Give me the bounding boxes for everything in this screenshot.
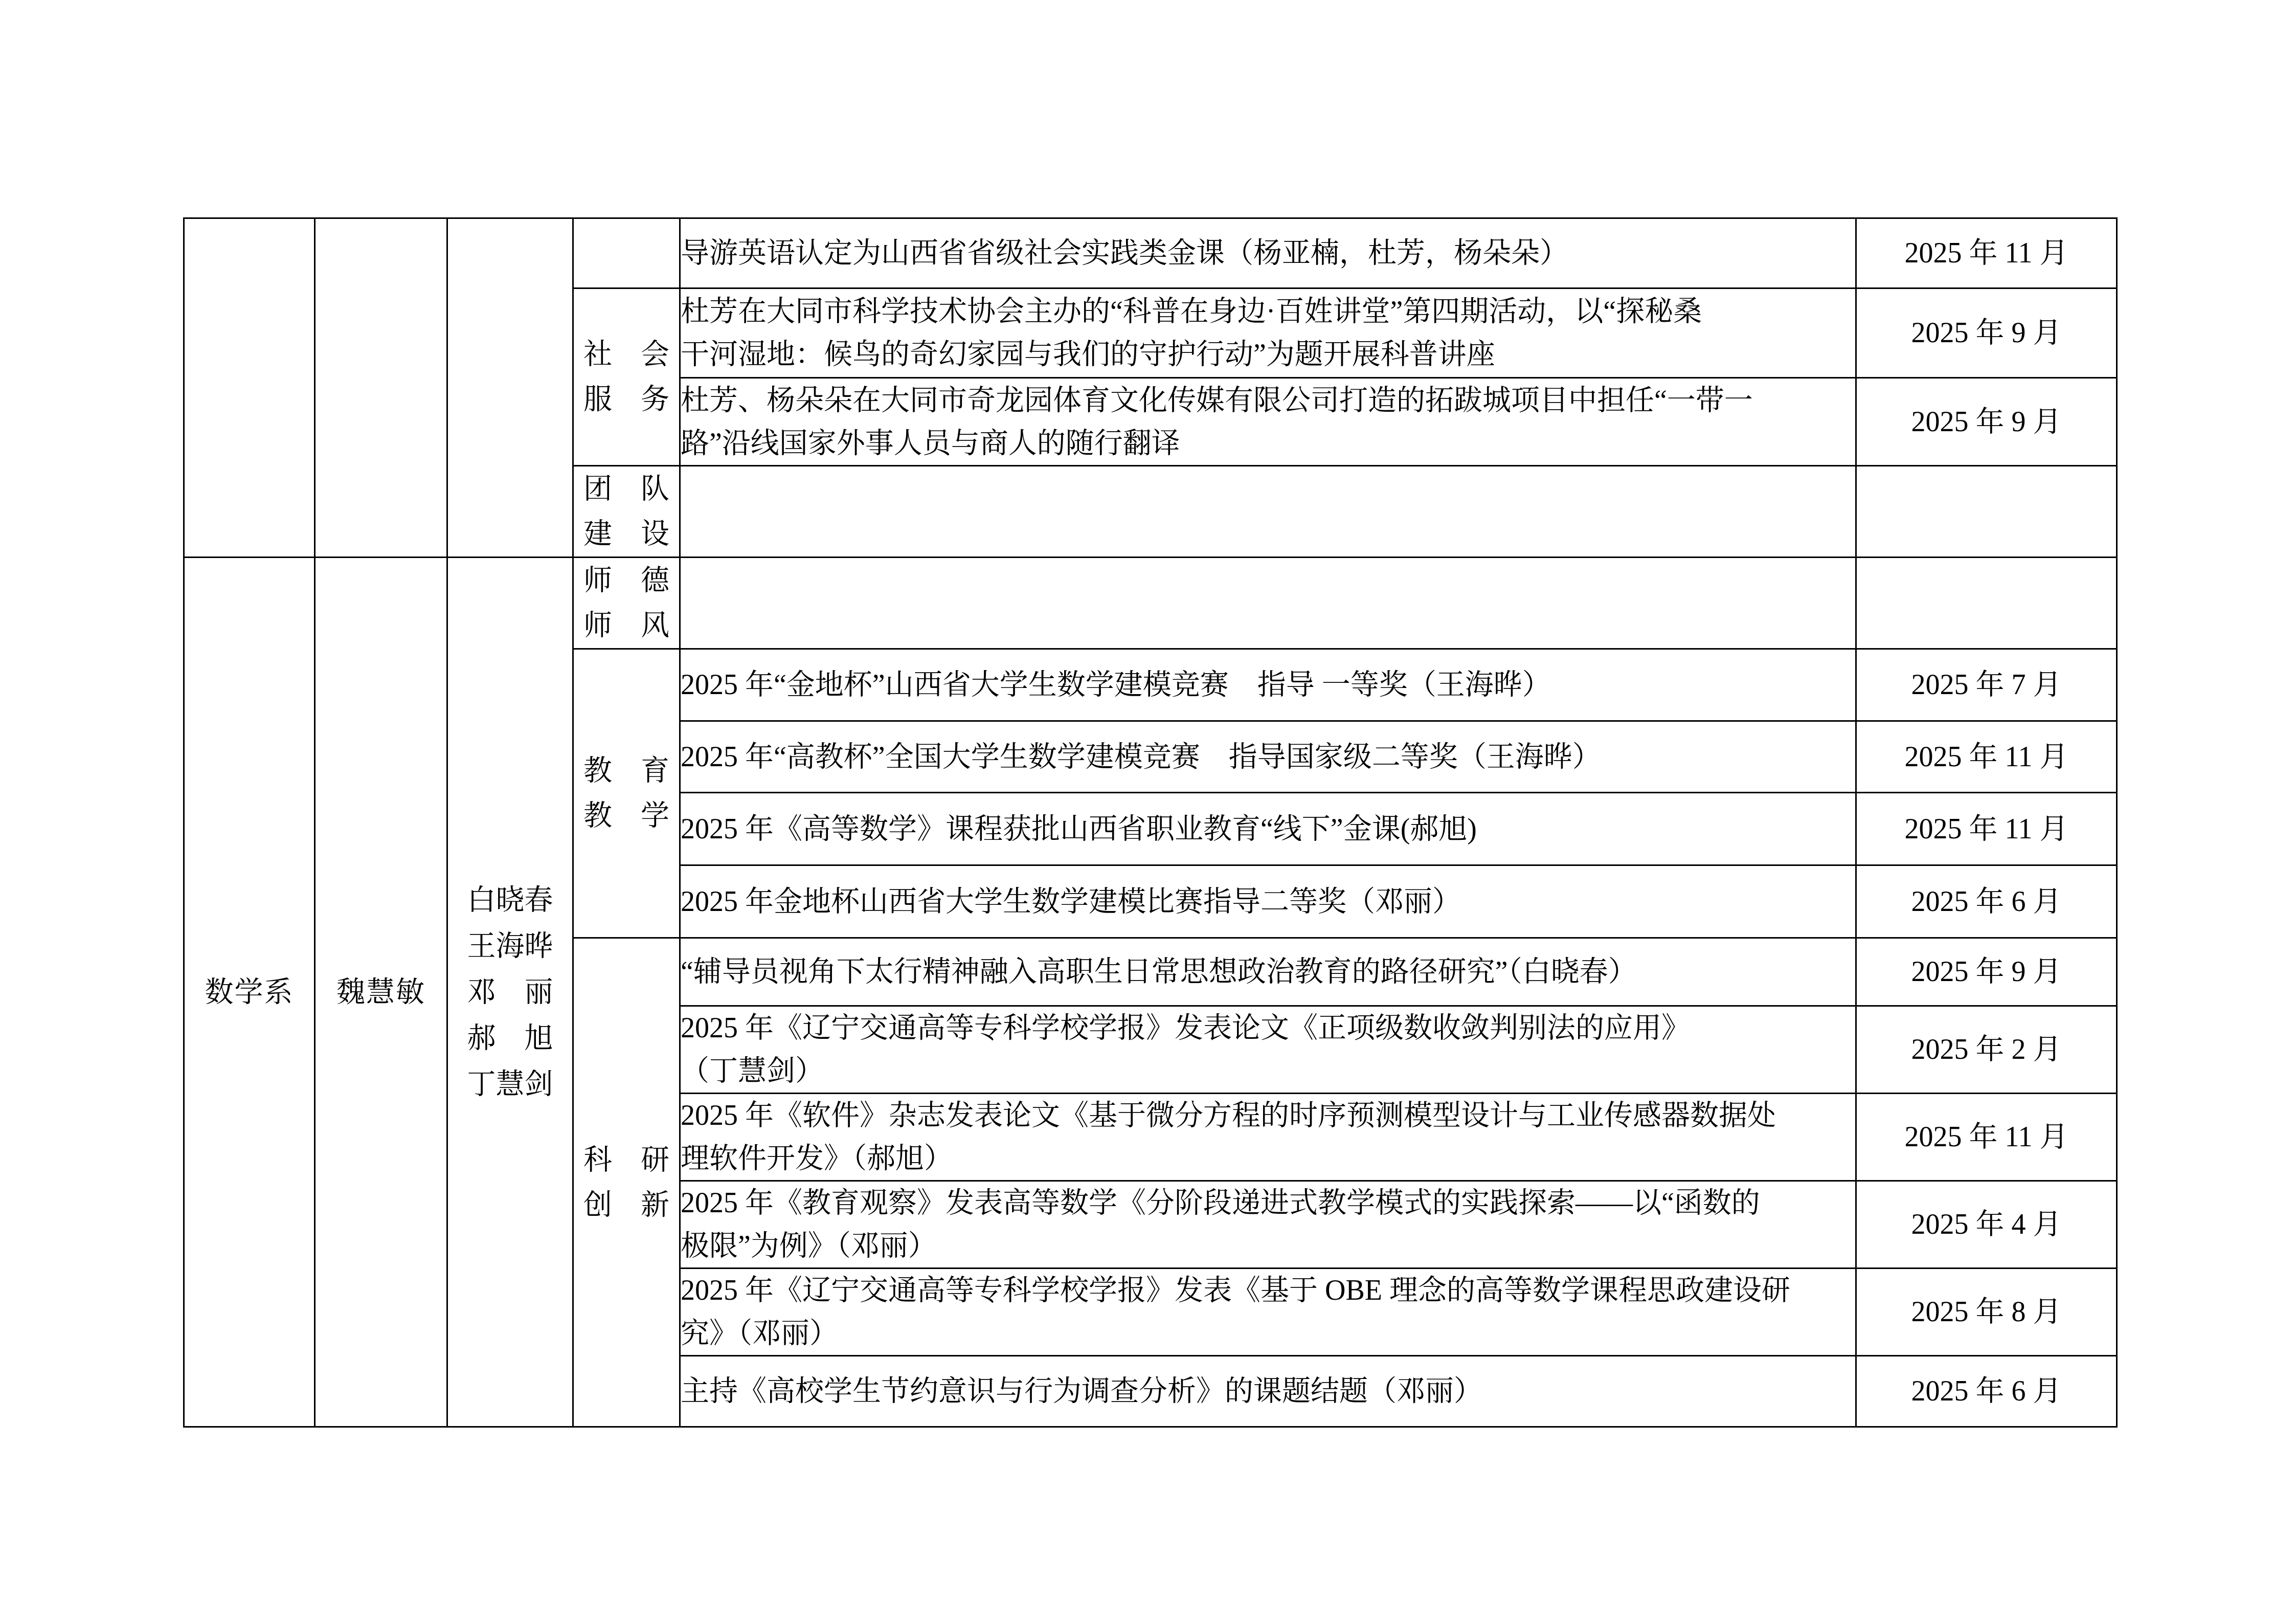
cell-achievement-14: 2025 年《辽宁交通高等专科学校学报》发表《基于 OBE 理念的高等数学课程思…: [680, 1269, 1856, 1356]
cell-department-prev: [184, 218, 315, 558]
cell-achievement-15: 主持《高校学生节约意识与行为调查分析》的课题结题（邓丽）: [680, 1356, 1856, 1427]
cell-achievement-13: 2025 年《教育观察》发表高等数学《分阶段递进式教学模式的实践探索——以“函数…: [680, 1181, 1856, 1269]
cell-leader-prev: [315, 218, 447, 558]
cell-achievement-1: 导游英语认定为山西省省级社会实践类金课（杨亚楠，杜芳，杨朵朵）: [680, 218, 1856, 288]
cell-category-blank: [573, 218, 680, 288]
cell-achievement-3: 杜芳、杨朵朵在大同市奇龙园体育文化传媒有限公司打造的拓跋城项目中担任“一带一 路…: [680, 378, 1856, 466]
cell-category-education-teaching: 教 育 教 学: [573, 649, 680, 938]
cell-members-prev: [447, 218, 573, 558]
table-row: 数学系 魏慧敏 白晓春 王海晔 邓 丽 郝 旭 丁慧剑 师 德 师 风: [184, 558, 2117, 649]
cell-date-8: 2025 年 11 月: [1856, 793, 2117, 865]
cell-category-teacher-ethics: 师 德 师 风: [573, 558, 680, 649]
cell-date-2: 2025 年 9 月: [1856, 288, 2117, 378]
cell-achievement-8: 2025 年《高等数学》课程获批山西省职业教育“线下”金课(郝旭): [680, 793, 1856, 865]
cell-date-15: 2025 年 6 月: [1856, 1356, 2117, 1427]
cell-achievement-2: 杜芳在大同市科学技术协会主办的“科普在身边·百姓讲堂”第四期活动，以“探秘桑 干…: [680, 288, 1856, 378]
cell-achievement-7: 2025 年“高教杯”全国大学生数学建模竞赛 指导国家级二等奖（王海晔）: [680, 721, 1856, 793]
cell-date-9: 2025 年 6 月: [1856, 865, 2117, 938]
cell-date-4: [1856, 466, 2117, 558]
cell-date-13: 2025 年 4 月: [1856, 1181, 2117, 1269]
cell-date-1: 2025 年 11 月: [1856, 218, 2117, 288]
cell-achievement-10: “辅导员视角下太行精神融入高职生日常思想政治教育的路径研究”（白晓春）: [680, 938, 1856, 1006]
cell-achievement-11: 2025 年《辽宁交通高等专科学校学报》发表论文《正项级数收敛判别法的应用》 （…: [680, 1006, 1856, 1094]
cell-date-11: 2025 年 2 月: [1856, 1006, 2117, 1094]
cell-leader-math: 魏慧敏: [315, 558, 447, 1427]
cell-achievement-6: 2025 年“金地杯”山西省大学生数学建模竞赛 指导 一等奖（王海晔）: [680, 649, 1856, 721]
cell-members-math: 白晓春 王海晔 邓 丽 郝 旭 丁慧剑: [447, 558, 573, 1427]
cell-achievement-4: [680, 466, 1856, 558]
cell-achievement-9: 2025 年金地杯山西省大学生数学建模比赛指导二等奖（邓丽）: [680, 865, 1856, 938]
achievements-table: 导游英语认定为山西省省级社会实践类金课（杨亚楠，杜芳，杨朵朵） 2025 年 1…: [183, 217, 2118, 1428]
cell-date-7: 2025 年 11 月: [1856, 721, 2117, 793]
cell-achievement-5: [680, 558, 1856, 649]
cell-category-social-service: 社 会 服 务: [573, 288, 680, 466]
cell-date-3: 2025 年 9 月: [1856, 378, 2117, 466]
cell-department-math: 数学系: [184, 558, 315, 1427]
cell-date-12: 2025 年 11 月: [1856, 1094, 2117, 1181]
cell-date-14: 2025 年 8 月: [1856, 1269, 2117, 1356]
cell-category-team-building: 团 队 建 设: [573, 466, 680, 558]
cell-date-5: [1856, 558, 2117, 649]
cell-date-6: 2025 年 7 月: [1856, 649, 2117, 721]
cell-achievement-12: 2025 年《软件》杂志发表论文《基于微分方程的时序预测模型设计与工业传感器数据…: [680, 1094, 1856, 1181]
cell-date-10: 2025 年 9 月: [1856, 938, 2117, 1006]
table-row: 导游英语认定为山西省省级社会实践类金课（杨亚楠，杜芳，杨朵朵） 2025 年 1…: [184, 218, 2117, 288]
document-page: 导游英语认定为山西省省级社会实践类金课（杨亚楠，杜芳，杨朵朵） 2025 年 1…: [0, 0, 2296, 1624]
cell-category-research-innovation: 科 研 创 新: [573, 938, 680, 1427]
